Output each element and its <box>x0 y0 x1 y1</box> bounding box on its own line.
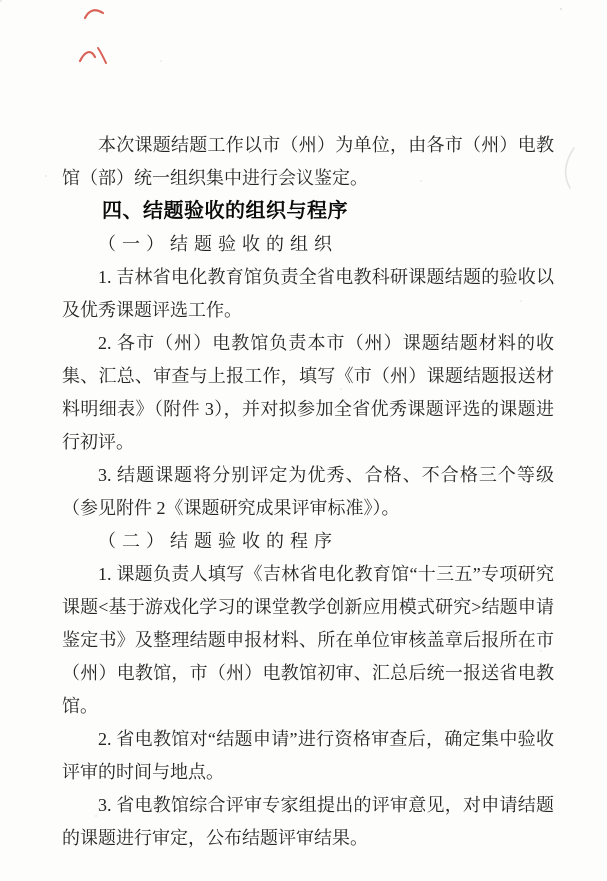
red-ink-mark-icon <box>77 42 109 68</box>
list-item-1-2: 2. 各市（州）电教馆负责本市（州）课题结题材料的收集、汇总、审查与上报工作，填… <box>62 327 554 459</box>
subsection-heading-2: （二）结题验收的程序 <box>62 525 554 558</box>
subsection-heading-1: （一）结题验收的组织 <box>62 228 554 261</box>
document-page: 本次课题结题工作以市（州）为单位，由各市（州）电教馆（部）统一组织集中进行会议鉴… <box>0 0 607 881</box>
red-ink-mark-icon <box>82 4 106 24</box>
list-item-1-3: 3. 结题课题将分别评定为优秀、合格、不合格三个等级（参见附件 2《课题研究成果… <box>62 459 554 525</box>
paragraph-intro: 本次课题结题工作以市（州）为单位，由各市（州）电教馆（部）统一组织集中进行会议鉴… <box>62 129 554 195</box>
scan-noise-speckles <box>0 0 2 2</box>
list-item-1-1: 1. 吉林省电化教育馆负责全省电教科研课题结题的验收以及优秀课题评选工作。 <box>62 261 554 327</box>
list-item-2-1: 1. 课题负责人填写《吉林省电化教育馆“十三五”专项研究课题<基于游戏化学习的课… <box>62 558 554 723</box>
section-heading: 四、结题验收的组织与程序 <box>62 195 554 228</box>
list-item-2-3: 3. 省电教馆综合评审专家组提出的评审意见，对申请结题的课题进行审定，公布结题评… <box>62 789 554 855</box>
document-body: 本次课题结题工作以市（州）为单位，由各市（州）电教馆（部）统一组织集中进行会议鉴… <box>62 129 554 855</box>
list-item-2-2: 2. 省电教馆对“结题申请”进行资格审查后，确定集中验收评审的时间与地点。 <box>62 723 554 789</box>
